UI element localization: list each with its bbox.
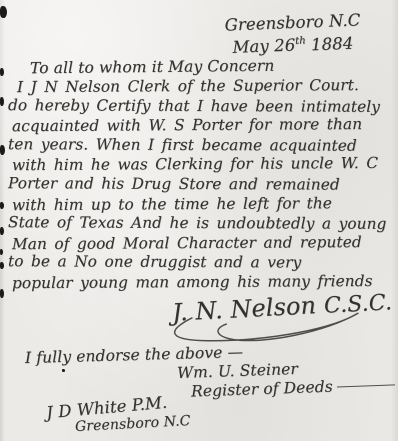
scan-artifact [0, 97, 4, 106]
scan-artifact [0, 262, 4, 269]
letter-line: with him up to the time he left for the [12, 193, 392, 215]
letter-heading: Greensboro N.C May 26th1884 [224, 10, 361, 57]
letter-line: ten years. When I first became acquainte… [8, 135, 388, 156]
scan-artifact [0, 289, 4, 298]
clerk-signature-block: J. N. NelsonC.S.C. [171, 287, 392, 326]
letter-date-day: May 26 [232, 35, 296, 56]
letter-line: State of Texas And he is undoubtedly a y… [8, 213, 388, 234]
letter-line: to be a No one druggist and a very [8, 252, 388, 273]
letter-date-year: 1884 [311, 33, 354, 54]
scan-artifact [0, 68, 4, 76]
scan-artifact [0, 202, 4, 209]
scan-artifact [0, 227, 4, 235]
scanned-letter: Greensboro N.C May 26th1884 To all to wh… [0, 0, 398, 441]
letter-line: acquainted with W. S Porter for more tha… [12, 115, 392, 137]
letter-line: I J N Nelson Clerk of the Superior Court… [12, 76, 392, 98]
letter-line: do hereby Certify that I have been intim… [8, 96, 388, 117]
scan-artifact [0, 145, 5, 155]
letter-body: I J N Nelson Clerk of the Superior Court… [12, 77, 392, 293]
scan-artifact [0, 249, 3, 255]
endorsement-signer-title: Register of Deeds [191, 378, 333, 401]
clerk-signature-name: J. N. Nelson [171, 291, 316, 327]
letter-date-ordinal: th [295, 36, 306, 47]
letter-line: Man of good Moral Character and reputed [12, 233, 392, 255]
letter-date: May 26th1884 [225, 29, 362, 57]
letter-salutation: To all to whom it May Concern [30, 57, 275, 78]
pen-stroke [337, 384, 395, 387]
letter-line: with him he was Clerking for his uncle W… [12, 154, 392, 176]
scan-artifact [0, 6, 7, 18]
clerk-signature-title: C.S.C. [323, 290, 392, 319]
letter-line: Porter and his Drug Store and remained [8, 174, 388, 195]
scan-artifact [62, 369, 65, 372]
